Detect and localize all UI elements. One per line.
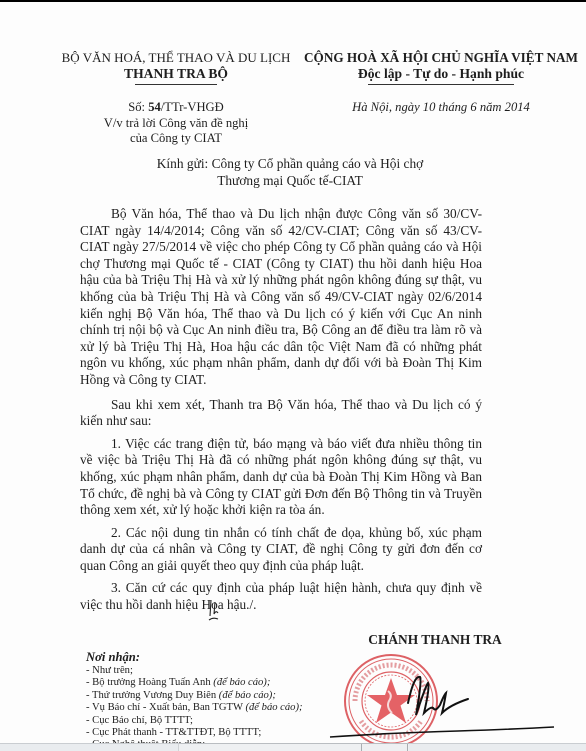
number-prefix: Số:	[128, 100, 148, 114]
subject-line-2: của Công ty CIAT	[56, 131, 296, 147]
issuer-header: BỘ VĂN HOÁ, THỂ THAO VÀ DU LỊCH THANH TR…	[56, 50, 296, 85]
paragraph-intro: Bộ Văn hóa, Thể thao và Du lịch nhận đượ…	[80, 206, 482, 389]
distribution-item: - Như trên;	[86, 665, 306, 677]
document-number: Số: 54/TTr-VHGĐ	[56, 100, 296, 116]
recipient-line-2: Thương mại Quốc tế-CIAT	[80, 172, 500, 189]
distribution-list: Nơi nhận: - Như trên; - Bộ trưởng Hoàng …	[86, 650, 306, 751]
distribution-item: - Cục Phát thanh - TT&TTĐT, Bộ TTTT;	[86, 727, 306, 739]
document-reference: Số: 54/TTr-VHGĐ V/v trả lời Công văn đề …	[56, 100, 296, 147]
distribution-item-text: - Như trên;	[86, 665, 133, 676]
header-underline	[135, 84, 217, 85]
motto-underline	[368, 84, 514, 85]
recipient-line-1: Kính gửi: Công ty Cổ phần quảng cáo và H…	[80, 155, 500, 172]
department-name: THANH TRA BỘ	[56, 66, 296, 82]
viewer-footer-tab	[178, 743, 409, 751]
paragraph-opinion: Sau khi xem xét, Thanh tra Bộ Văn hóa, T…	[80, 397, 482, 430]
paragraph-point-2: 2. Các nội dung tin nhắn có tính chất đe…	[80, 525, 482, 575]
national-motto: Độc lập - Tự do - Hạnh phúc	[302, 66, 580, 82]
national-header: CỘNG HOÀ XÃ HỘI CHỦ NGHĨA VIỆT NAM Độc l…	[302, 50, 580, 85]
distribution-item-text: - Bộ trưởng Hoàng Tuấn Anh	[86, 677, 213, 688]
footer-separator	[407, 744, 408, 751]
distribution-item: - Cục Báo chí, Bộ TTTT;	[86, 715, 306, 727]
distribution-item-text: - Cục Phát thanh - TT&TTĐT, Bộ TTTT;	[86, 727, 261, 738]
subject-line-1: V/v trả lời Công văn đề nghị	[56, 116, 296, 132]
place-date: Hà Nội, ngày 10 tháng 6 năm 2014	[302, 100, 580, 115]
footer-separator	[361, 744, 362, 751]
distribution-item: - Vụ Báo chí - Xuất bản, Ban TGTW (để bá…	[86, 702, 306, 714]
distribution-title: Nơi nhận:	[86, 650, 306, 665]
ministry-name: BỘ VĂN HOÁ, THỂ THAO VÀ DU LỊCH	[56, 50, 296, 66]
number-value: 54	[148, 100, 161, 114]
distribution-item-text: - Vụ Báo chí - Xuất bản, Ban TGTW	[86, 702, 245, 713]
signature-icon	[328, 665, 558, 745]
letter-body: Bộ Văn hóa, Thể thao và Du lịch nhận đượ…	[80, 206, 482, 620]
distribution-item-note: (để báo cáo);	[219, 690, 276, 701]
distribution-item: - Thứ trưởng Vương Duy Biên (để báo cáo)…	[86, 690, 306, 702]
distribution-item-note: (để báo cáo);	[245, 702, 302, 713]
distribution-item-text: - Cục Báo chí, Bộ TTTT;	[86, 715, 193, 726]
distribution-item-note: (để báo cáo);	[213, 677, 270, 688]
signatory-title: CHÁNH THANH TRA	[350, 632, 520, 648]
number-suffix: /TTr-VHGĐ	[161, 100, 224, 114]
paragraph-point-3: 3. Căn cứ các quy định của pháp luật hiệ…	[80, 580, 482, 613]
recipient-address: Kính gửi: Công ty Cổ phần quảng cáo và H…	[80, 155, 500, 189]
distribution-item-text: - Thứ trưởng Vương Duy Biên	[86, 690, 219, 701]
nation-name: CỘNG HOÀ XÃ HỘI CHỦ NGHĨA VIỆT NAM	[302, 50, 580, 66]
distribution-item: - Bộ trưởng Hoàng Tuấn Anh (để báo cáo);	[86, 677, 306, 689]
initial-mark-icon	[207, 598, 221, 622]
paragraph-point-1: 1. Việc các trang điện tử, báo mạng và b…	[80, 436, 482, 519]
